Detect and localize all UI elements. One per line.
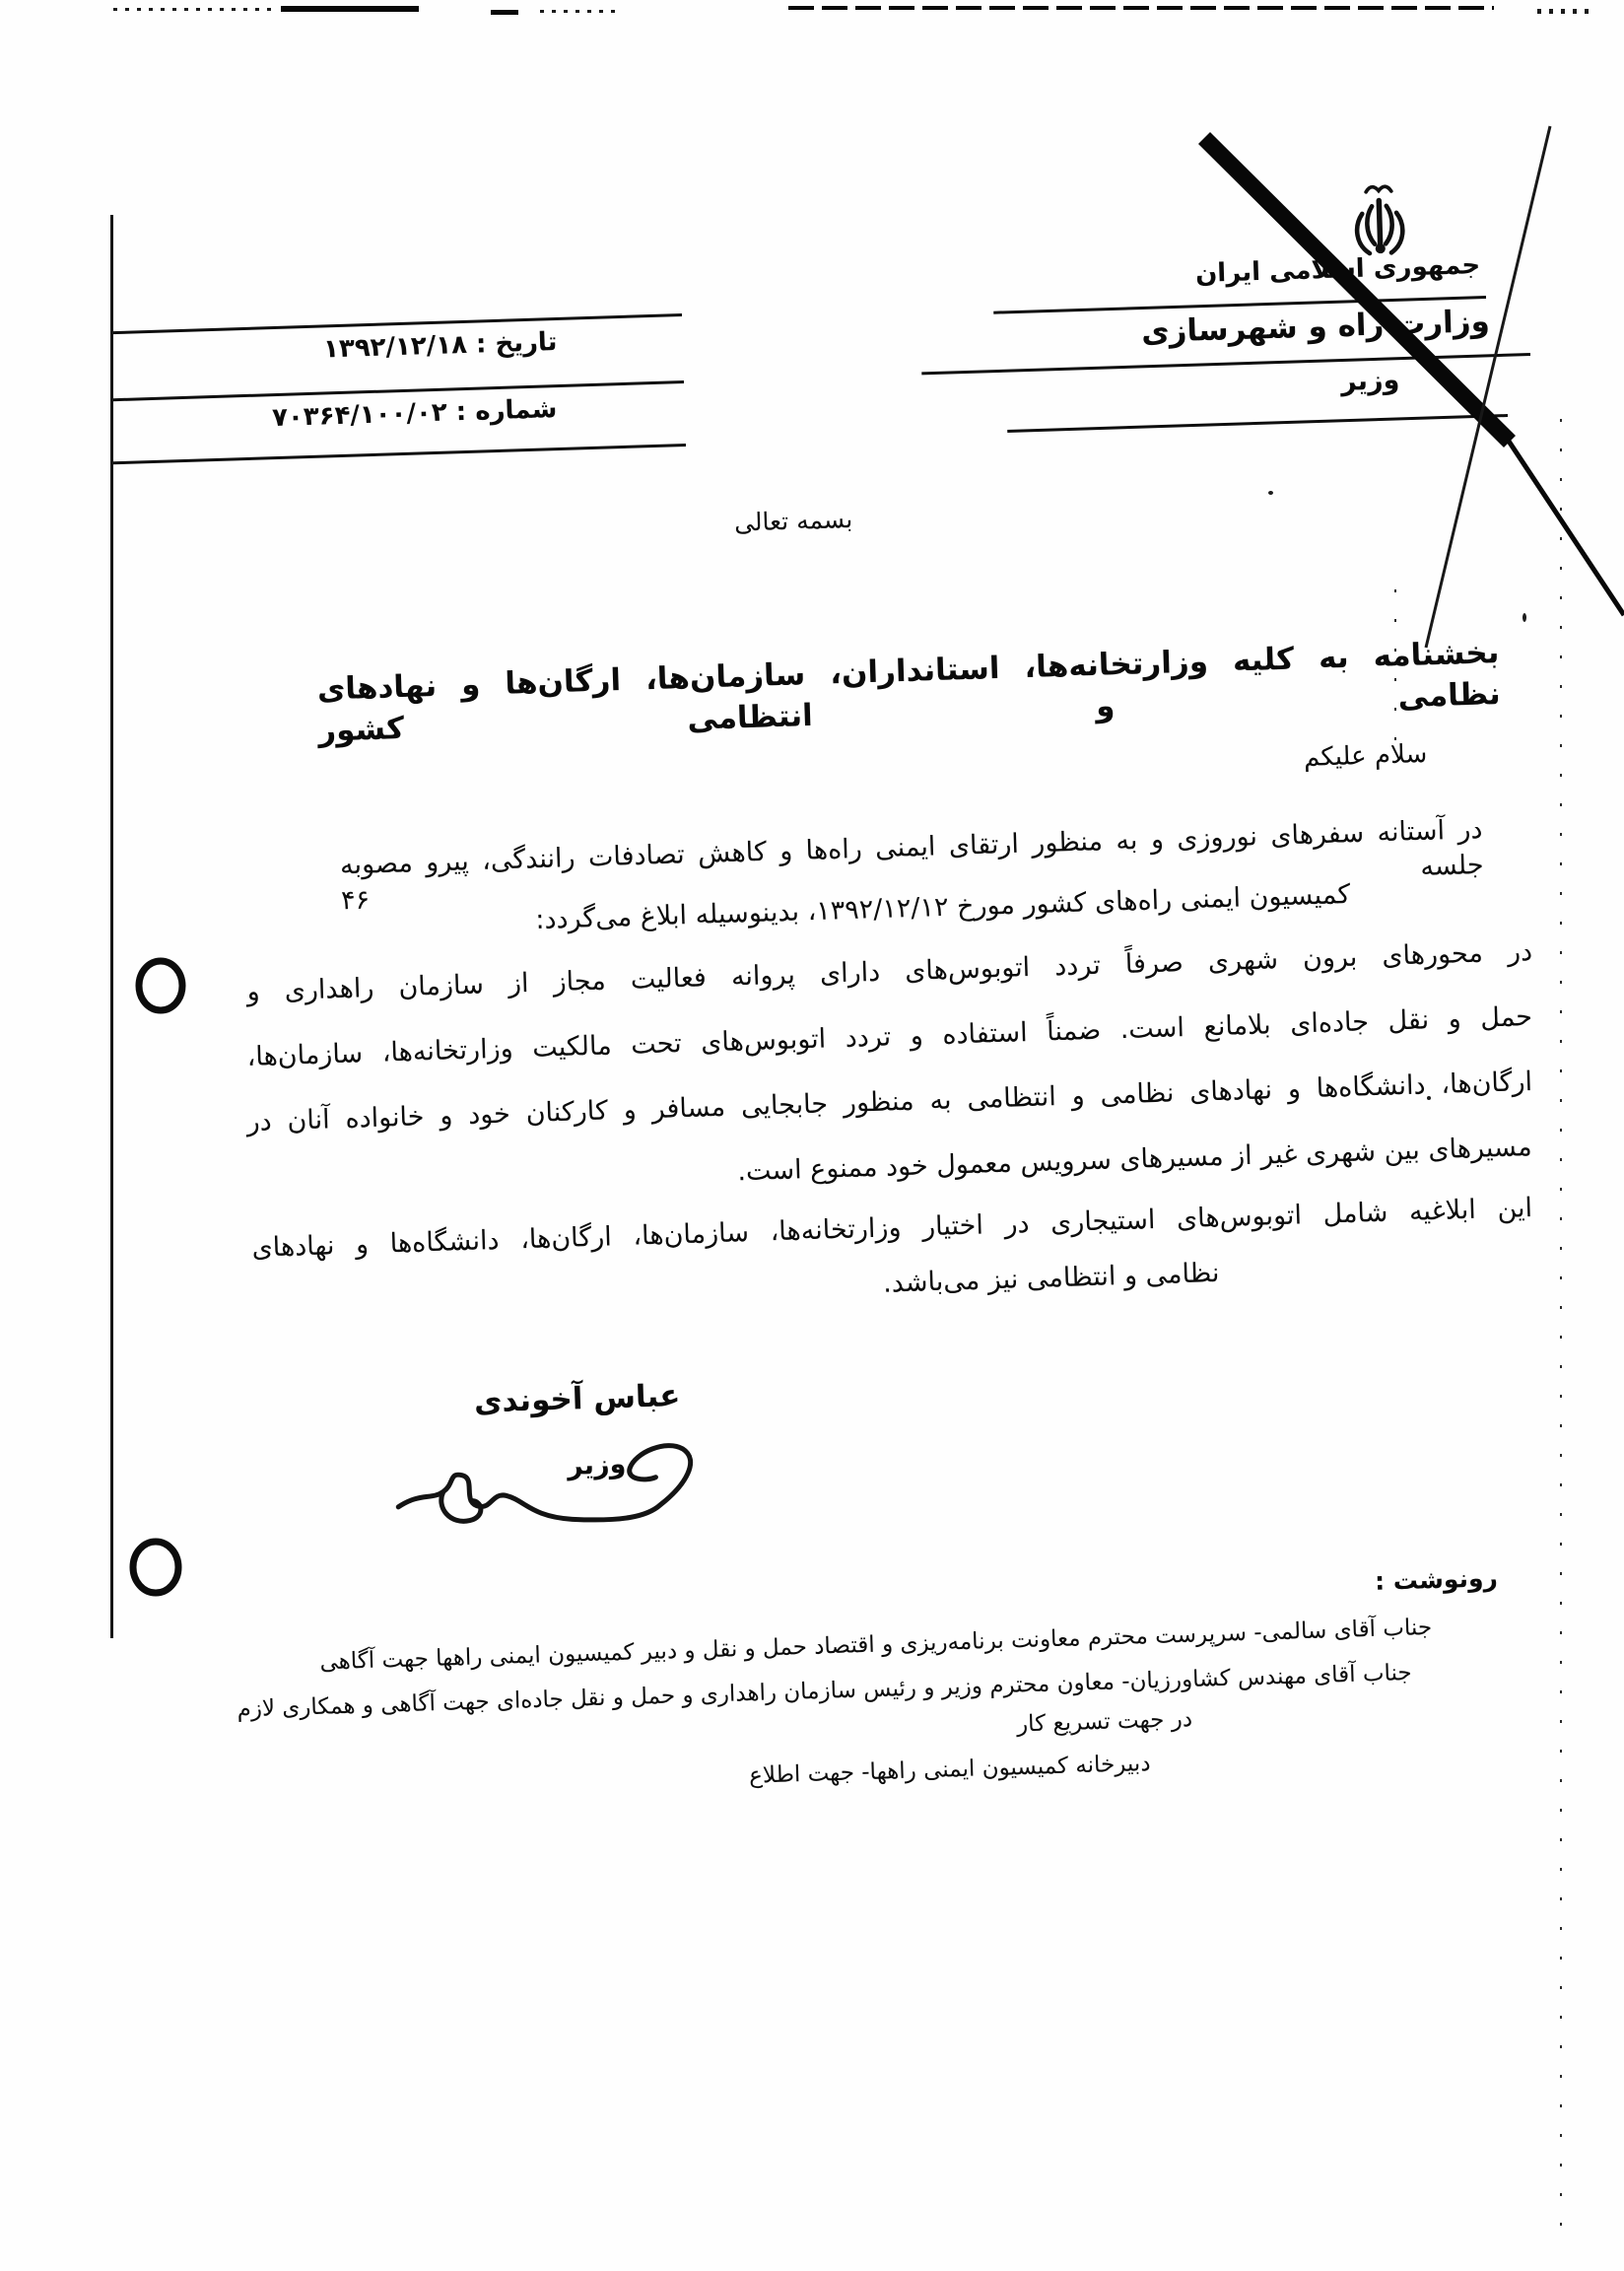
scan-speck [1427, 1096, 1431, 1100]
body-line: نظامی و انتظامی نیز می‌باشد. [882, 1256, 1219, 1302]
scan-speck [1268, 491, 1273, 495]
body-line: این ابلاغیه شامل اتوبوس‌های استیجاری در … [251, 1191, 1533, 1267]
cc-item: در جهت تسریع کار [1017, 1704, 1193, 1741]
date-value: ۱۳۹۲/۱۲/۱۸ [322, 330, 467, 365]
number-value: ۷۰۳۶۴/۱۰۰/۰۲ [271, 398, 447, 434]
scan-speck [1522, 613, 1526, 622]
number-label: شماره : [455, 394, 557, 427]
date-label: تاریخ : [475, 327, 557, 360]
invocation: بسمه تعالی [733, 503, 852, 540]
punch-hole-mark [139, 961, 182, 1010]
letterhead-rule [921, 353, 1530, 375]
top-edge-artifact [491, 10, 518, 15]
handwritten-signature [390, 1431, 741, 1566]
top-edge-artifact [1537, 9, 1589, 14]
letterhead-rule [1007, 414, 1508, 433]
letterhead-ministry-title: وزارت راه و شهرسازی [1141, 302, 1491, 354]
body-line: در محورهای برون شهری صرفاً تردد اتوبوس‌ه… [246, 934, 1533, 1010]
right-dotted-edge-line [1560, 419, 1562, 2242]
punch-hole-mark [133, 1542, 178, 1593]
letterhead-republic-title: جمهوری اسلامی ایران [1194, 248, 1480, 292]
date-row: تاریخ : ۱۳۹۲/۱۲/۱۸ [322, 325, 557, 368]
cc-item: دبیرخانه کمیسیون ایمنی راهها- جهت اطلاع [748, 1749, 1150, 1792]
left-border-line [110, 215, 113, 1638]
top-edge-artifact [281, 6, 419, 12]
signer-name: عباس آخوندی [473, 1376, 681, 1423]
letterhead-minister-title: وزیر [1340, 363, 1399, 400]
number-row: شماره : ۷۰۳۶۴/۱۰۰/۰۲ [271, 392, 557, 436]
diagonal-crease-line [1426, 126, 1550, 648]
top-edge-artifact [540, 10, 621, 13]
salutation: سلام علیکم [1303, 737, 1427, 776]
body-line: ارگان‌ها، دانشگاه‌ها و نهادهای نظامی و ا… [246, 1065, 1533, 1140]
body-line: حمل و نقل جاده‌ای بلامانع است. ضمناً است… [246, 999, 1533, 1075]
date-box-rule [112, 444, 686, 464]
scanned-letter-page: جمهوری اسلامی ایران وزارت راه و شهرسازی … [0, 0, 1624, 2271]
top-edge-artifact [788, 6, 1494, 10]
cc-label: رونوشت : [1375, 1561, 1499, 1599]
circular-heading: بخشنامه به کلیه وزارتخانه‌ها، استانداران… [316, 633, 1501, 752]
dotted-fold-crease-line [1394, 589, 1396, 749]
top-edge-artifact [113, 8, 273, 11]
body-line: مسیرهای بین شهری غیر از مسیرهای سرویس مع… [737, 1130, 1532, 1191]
